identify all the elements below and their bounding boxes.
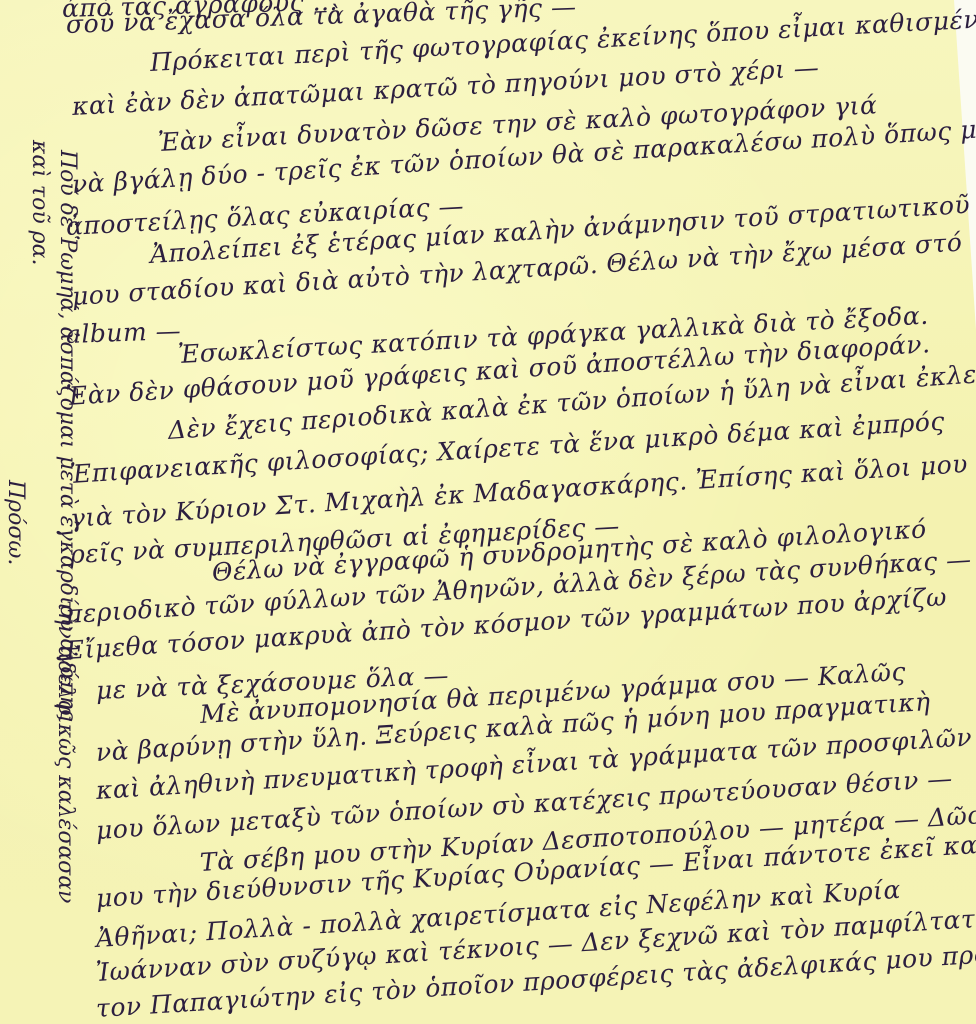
margin-note: τὴν ἀδελφικῶς καλέσασαν (53, 600, 78, 903)
margin-note: καὶ τοῦ ρα. (27, 140, 52, 265)
margin-note: Πρόσω. (3, 480, 28, 565)
margin-notes: καὶ τοῦ ρα.Ποῦ δὲ Ῥωμηά, ἀσπάζομαι μετὰ … (0, 0, 976, 1024)
